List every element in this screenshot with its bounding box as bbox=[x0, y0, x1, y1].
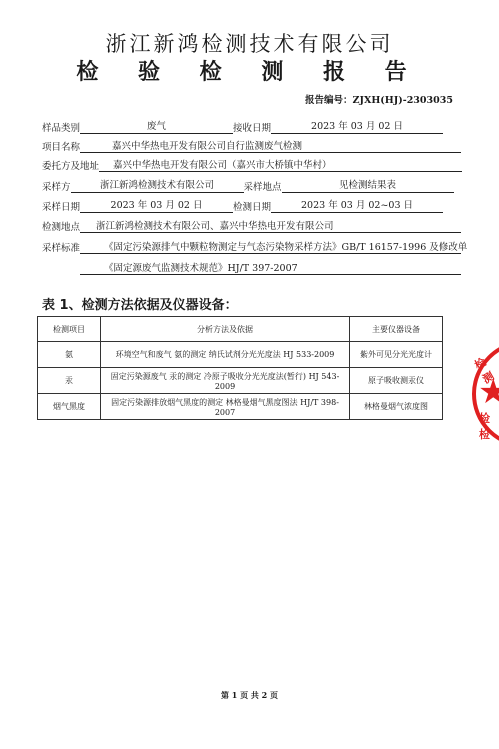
report-number: 报告编号：ZJXH(HJ)-2303035 bbox=[305, 92, 453, 106]
test-date-value: 2023 年 03 月 02~03 日 bbox=[271, 199, 443, 213]
test-date-label: 检测日期 bbox=[233, 199, 271, 213]
sampler-value: 浙江新鸿检测技术有限公司 bbox=[71, 179, 244, 193]
cell-item: 汞 bbox=[38, 368, 101, 394]
report-title: 检 验 检 测 报 告 bbox=[0, 55, 499, 86]
sampling-site-label: 采样地点 bbox=[244, 179, 282, 193]
seal-text-bottom: 检检 bbox=[479, 410, 499, 442]
received-date-label: 接收日期 bbox=[233, 120, 271, 134]
test-location-value: 浙江新鸿检测技术有限公司、嘉兴中华热电开发有限公司 bbox=[80, 220, 461, 233]
table-row: 烟气黑度 固定污染源排放烟气黑度的测定 林格曼烟气黑度图法 HJ/T 398-2… bbox=[38, 394, 443, 420]
field-row-sampling-standard: 采样标准 《固定污染源排气中颗粒物测定与气态污染物采样方法》GB/T 16157… bbox=[42, 240, 461, 254]
project-name-label: 项目名称 bbox=[42, 139, 80, 153]
company-name: 浙江新鸿检测技术有限公司 bbox=[0, 28, 499, 58]
table-header-row: 检测项目 分析方法及依据 主要仪器设备 bbox=[38, 317, 443, 342]
sampling-date-label: 采样日期 bbox=[42, 199, 80, 213]
field-row-sample-type: 样品类别 废气 接收日期 2023 年 03 月 02 日 bbox=[42, 120, 443, 134]
cell-item: 氨 bbox=[38, 342, 101, 368]
methods-table: 检测项目 分析方法及依据 主要仪器设备 氨 环境空气和废气 氨的测定 纳氏试剂分… bbox=[37, 316, 443, 420]
field-row-sampler: 采样方 浙江新鸿检测技术有限公司 采样地点 见检测结果表 bbox=[42, 179, 454, 193]
header-method: 分析方法及依据 bbox=[101, 317, 350, 342]
field-row-client: 委托方及地址 嘉兴中华热电开发有限公司（嘉兴市大桥镇中华村） bbox=[42, 158, 462, 172]
sample-type-label: 样品类别 bbox=[42, 120, 80, 134]
report-number-label: 报告编号： bbox=[305, 95, 353, 106]
field-row-project-name: 项目名称 嘉兴中华热电开发有限公司自行监测废气检测 bbox=[42, 139, 461, 153]
cell-method: 固定污染源废气 汞的测定 冷原子吸收分光光度法(暂行) HJ 543-2009 bbox=[101, 368, 350, 394]
table-row: 氨 环境空气和废气 氨的测定 纳氏试剂分光光度法 HJ 533-2009 紫外可… bbox=[38, 342, 443, 368]
cell-method: 固定污染源排放烟气黑度的测定 林格曼烟气黑度图法 HJ/T 398-2007 bbox=[101, 394, 350, 420]
sampling-standard-value-1: 《固定污染源排气中颗粒物测定与气态污染物采样方法》GB/T 16157-1996… bbox=[80, 241, 461, 254]
header-instrument: 主要仪器设备 bbox=[350, 317, 443, 342]
test-location-label: 检测地点 bbox=[42, 219, 80, 233]
client-value: 嘉兴中华热电开发有限公司（嘉兴市大桥镇中华村） bbox=[99, 159, 462, 172]
cell-item: 烟气黑度 bbox=[38, 394, 101, 420]
field-row-sampling-date: 采样日期 2023 年 03 月 02 日 检测日期 2023 年 03 月 0… bbox=[42, 199, 443, 213]
sampling-date-value: 2023 年 03 月 02 日 bbox=[80, 199, 233, 213]
table1-title: 表 1、检测方法依据及仪器设备： bbox=[42, 294, 238, 313]
sampling-standard-value-2: 《固定源废气监测技术规范》HJ/T 397-2007 bbox=[80, 262, 461, 275]
seal-star-icon: ★ bbox=[478, 375, 499, 409]
sampler-label: 采样方 bbox=[42, 179, 71, 193]
client-label: 委托方及地址 bbox=[42, 158, 99, 172]
field-row-test-location: 检测地点 浙江新鸿检测技术有限公司、嘉兴中华热电开发有限公司 bbox=[42, 219, 461, 233]
received-date-value: 2023 年 03 月 02 日 bbox=[271, 120, 443, 134]
project-name-value: 嘉兴中华热电开发有限公司自行监测废气检测 bbox=[80, 140, 461, 153]
report-number-value: ZJXH(HJ)-2303035 bbox=[353, 95, 453, 106]
table-row: 汞 固定污染源废气 汞的测定 冷原子吸收分光光度法(暂行) HJ 543-200… bbox=[38, 368, 443, 394]
sampling-site-value: 见检测结果表 bbox=[282, 179, 454, 193]
cell-instrument: 林格曼烟气浓度图 bbox=[350, 394, 443, 420]
page-indicator: 第 1 页 共 2 页 bbox=[0, 690, 499, 701]
cell-method: 环境空气和废气 氨的测定 纳氏试剂分光光度法 HJ 533-2009 bbox=[101, 342, 350, 368]
field-row-sampling-standard-2: 《固定源废气监测技术规范》HJ/T 397-2007 bbox=[80, 261, 461, 275]
cell-instrument: 原子吸收测汞仪 bbox=[350, 368, 443, 394]
sampling-standard-label: 采样标准 bbox=[42, 240, 80, 254]
sample-type-value: 废气 bbox=[80, 120, 233, 134]
cell-instrument: 紫外可见分光光度计 bbox=[350, 342, 443, 368]
header-item: 检测项目 bbox=[38, 317, 101, 342]
